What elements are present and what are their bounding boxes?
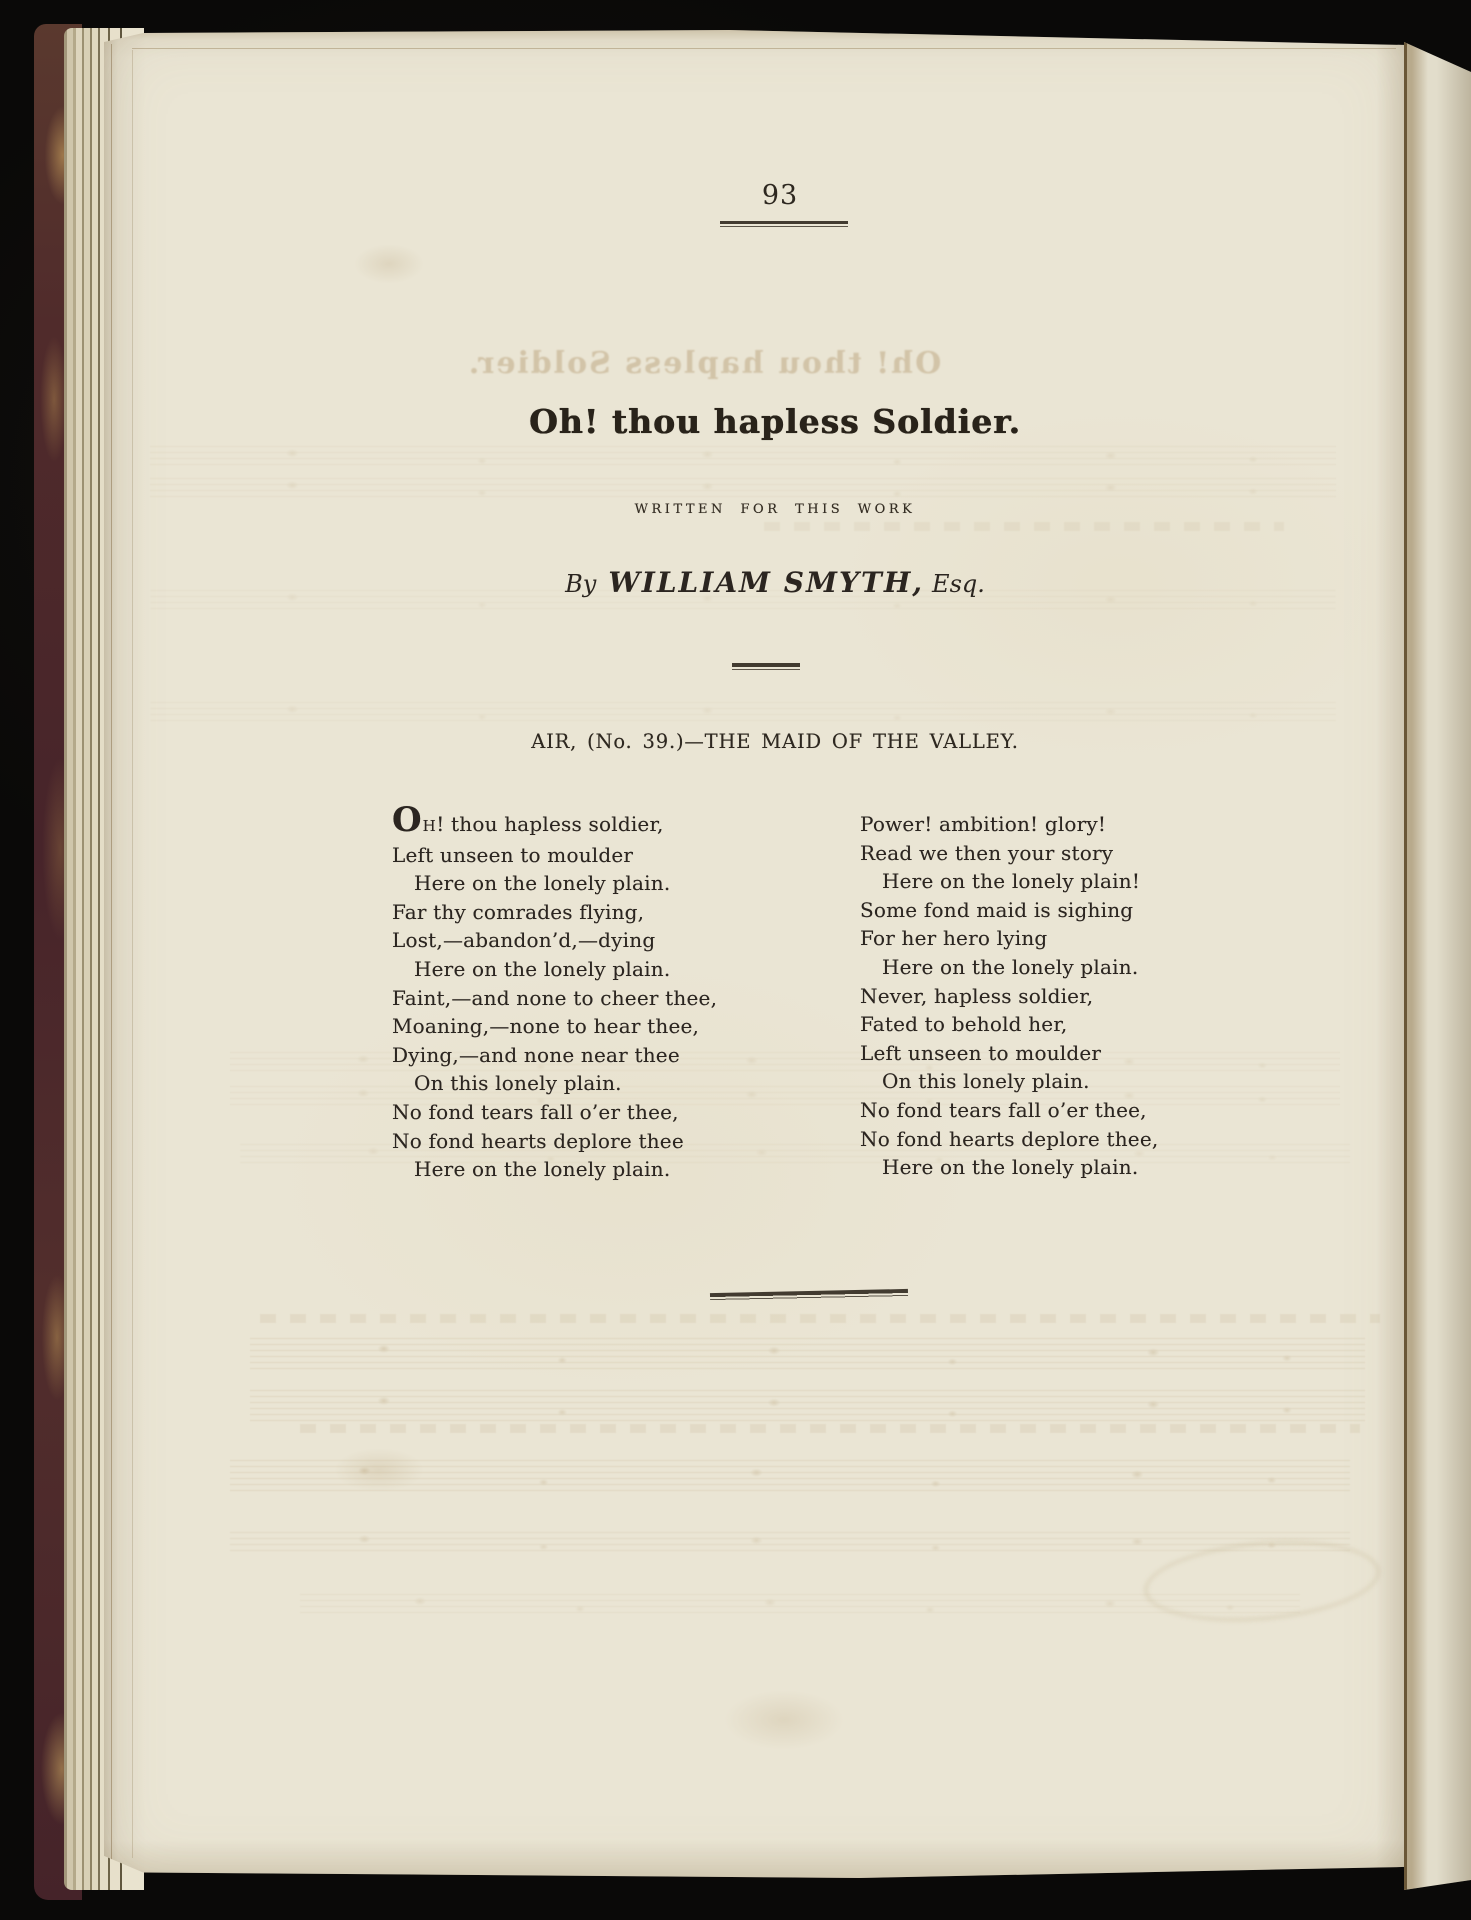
show-through-staff-band — [150, 478, 1336, 502]
poem-line: No fond hearts deplore thee, — [860, 1125, 1200, 1154]
poem-line: For her hero lying — [860, 924, 1200, 953]
air-line: AIR, (No. 39.)—THE MAID OF THE VALLEY. — [420, 730, 1130, 753]
book-page: Oh! thou hapless Soldier. 93 Oh! thou ha… — [104, 30, 1406, 1878]
author-name: WILLIAM SMYTH, — [608, 566, 924, 599]
footer-rule — [710, 1289, 908, 1301]
show-through-staff-band — [230, 1532, 1350, 1556]
stain-spot — [724, 1690, 844, 1750]
poem-line: Far thy comrades flying, — [392, 898, 732, 927]
poem-line: No fond tears fall o’er thee, — [392, 1098, 732, 1127]
poem-line: Fated to behold her, — [860, 1010, 1200, 1039]
poem-line: Here on the lonely plain. — [392, 869, 732, 898]
show-through-staff-band — [150, 446, 1336, 470]
poem-line: Never, hapless soldier, — [860, 982, 1200, 1011]
poem-line: Dying,—and none near thee — [392, 1041, 732, 1070]
page-title: Oh! thou hapless Soldier. — [420, 402, 1130, 441]
poem-line: Read we then your story — [860, 839, 1200, 868]
page-left-edge-line — [111, 44, 112, 1862]
poem-line: On this lonely plain. — [860, 1067, 1200, 1096]
byline-suffix: Esq. — [932, 570, 985, 598]
under-page-top-edge — [132, 48, 1396, 49]
show-through-lyric-band — [260, 1314, 1380, 1323]
poem-line: On this lonely plain. — [392, 1069, 732, 1098]
poem-line: Here on the lonely plain. — [392, 1155, 732, 1184]
poem-line: Here on the lonely plain. — [392, 955, 732, 984]
poem-line: Left unseen to moulder — [860, 1039, 1200, 1068]
poem-line: Faint,—and none to cheer thee, — [392, 984, 732, 1013]
poem-line: Power! ambition! glory! — [860, 810, 1200, 839]
book-photograph: Oh! thou hapless Soldier. 93 Oh! thou ha… — [0, 0, 1471, 1920]
poem-column-right: Power! ambition! glory!Read we then your… — [860, 810, 1200, 1182]
show-through-staff-band — [150, 702, 1336, 726]
show-through-mirrored-title: Oh! thou hapless Soldier. — [384, 346, 1024, 381]
show-through-lyric-band — [764, 522, 1284, 531]
show-through-lyric-band — [300, 1424, 1360, 1433]
poem-line: OH! thou hapless soldier, — [392, 810, 732, 841]
adjacent-page-edge — [1404, 42, 1471, 1892]
poem-line: Here on the lonely plain. — [860, 953, 1200, 982]
stain-spot — [354, 244, 424, 284]
page-number: 93 — [700, 180, 860, 211]
poem-line: Lost,—abandon’d,—dying — [392, 926, 732, 955]
poem-line: Some fond maid is sighing — [860, 896, 1200, 925]
written-for-line: WRITTEN FOR THIS WORK — [420, 502, 1130, 517]
smallcap-letter: H — [423, 817, 437, 835]
poem-line: Here on the lonely plain! — [860, 867, 1200, 896]
poem-column-left: OH! thou hapless soldier,Left unseen to … — [392, 810, 732, 1184]
poem-line: No fond hearts deplore thee — [392, 1127, 732, 1156]
poem-line: Here on the lonely plain. — [860, 1153, 1200, 1182]
stain-spot — [334, 1448, 424, 1492]
show-through-staff-band — [250, 1338, 1365, 1374]
under-page-left-edge — [132, 50, 133, 1858]
divider-rule — [732, 663, 800, 671]
poem-line: Moaning,—none to hear thee, — [392, 1012, 732, 1041]
poem-line: Left unseen to moulder — [392, 841, 732, 870]
poem-line: No fond tears fall o’er thee, — [860, 1096, 1200, 1125]
page-number-rule — [720, 221, 848, 228]
byline: ByWILLIAM SMYTH,Esq. — [420, 566, 1130, 599]
byline-prefix: By — [565, 570, 596, 598]
dropcap-initial: O — [392, 800, 423, 840]
show-through-staff-band — [250, 1390, 1365, 1426]
